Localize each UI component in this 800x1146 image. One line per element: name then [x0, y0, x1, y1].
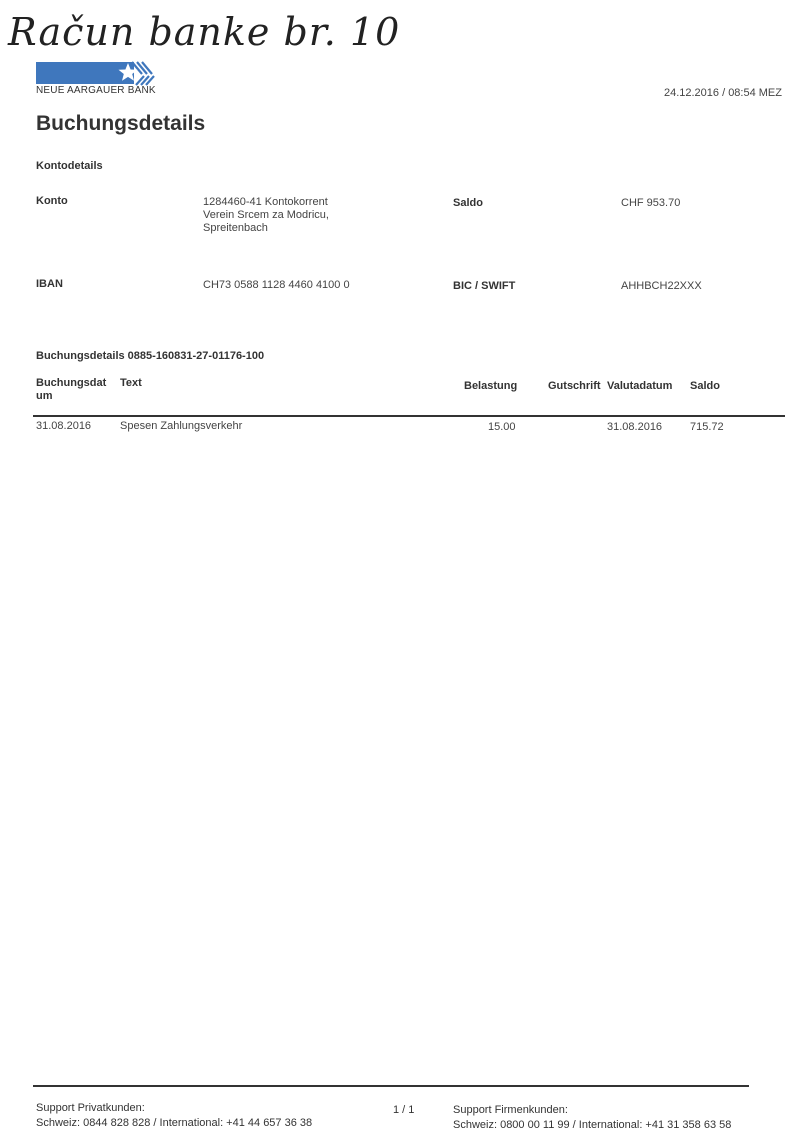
- konto-label: Konto: [36, 195, 68, 207]
- account-section-title: Kontodetails: [36, 160, 103, 172]
- bic-value: AHHBCH22XXX: [621, 280, 702, 293]
- handwritten-note: Račun banke br. 10: [8, 10, 400, 54]
- row-balance: 715.72: [690, 421, 724, 433]
- bank-logo: NEUE AARGAUER BANK: [36, 62, 156, 98]
- column-header-balance: Saldo: [690, 380, 720, 393]
- saldo-value: CHF 953.70: [621, 197, 680, 210]
- column-header-date-line: Buchungsdat: [36, 377, 106, 390]
- private-support-phones: Schweiz: 0844 828 828 / International: +…: [36, 1116, 312, 1131]
- business-support-phones: Schweiz: 0800 00 11 99 / International: …: [453, 1118, 731, 1133]
- bic-label: BIC / SWIFT: [453, 280, 515, 292]
- iban-label: IBAN: [36, 278, 63, 290]
- row-debit: 15.00: [488, 421, 516, 433]
- star-icon: [118, 60, 158, 86]
- column-header-date-line: um: [36, 390, 106, 403]
- row-text: Spesen Zahlungsverkehr: [120, 420, 242, 432]
- konto-line: Spreitenbach: [203, 222, 329, 235]
- page-title: Buchungsdetails: [36, 112, 205, 136]
- bank-name: NEUE AARGAUER BANK: [36, 85, 156, 96]
- page-number: 1 / 1: [393, 1103, 414, 1118]
- iban-value: CH73 0588 1128 4460 4100 0: [203, 279, 350, 292]
- row-value-date: 31.08.2016: [607, 421, 662, 433]
- business-support-title: Support Firmenkunden:: [453, 1103, 731, 1118]
- konto-value: 1284460-41 Kontokorrent Verein Srcem za …: [203, 196, 329, 235]
- footer-business-support: Support Firmenkunden: Schweiz: 0800 00 1…: [453, 1103, 731, 1133]
- print-datetime: 24.12.2016 / 08:54 MEZ: [664, 87, 782, 99]
- table-header-rule: [33, 415, 785, 417]
- footer-private-support: Support Privatkunden: Schweiz: 0844 828 …: [36, 1101, 312, 1131]
- konto-line: Verein Srcem za Modricu,: [203, 209, 329, 222]
- row-date: 31.08.2016: [36, 420, 91, 432]
- private-support-title: Support Privatkunden:: [36, 1101, 312, 1116]
- footer-rule: [33, 1085, 749, 1087]
- column-header-value-date: Valutadatum: [607, 380, 672, 393]
- column-header-date: Buchungsdat um: [36, 377, 106, 403]
- column-header-credit: Gutschrift: [548, 380, 601, 393]
- saldo-label: Saldo: [453, 197, 483, 209]
- column-header-debit: Belastung: [464, 380, 517, 393]
- column-header-text: Text: [120, 377, 142, 390]
- konto-line: 1284460-41 Kontokorrent: [203, 196, 329, 209]
- bookings-section-title: Buchungsdetails 0885-160831-27-01176-100: [36, 350, 264, 362]
